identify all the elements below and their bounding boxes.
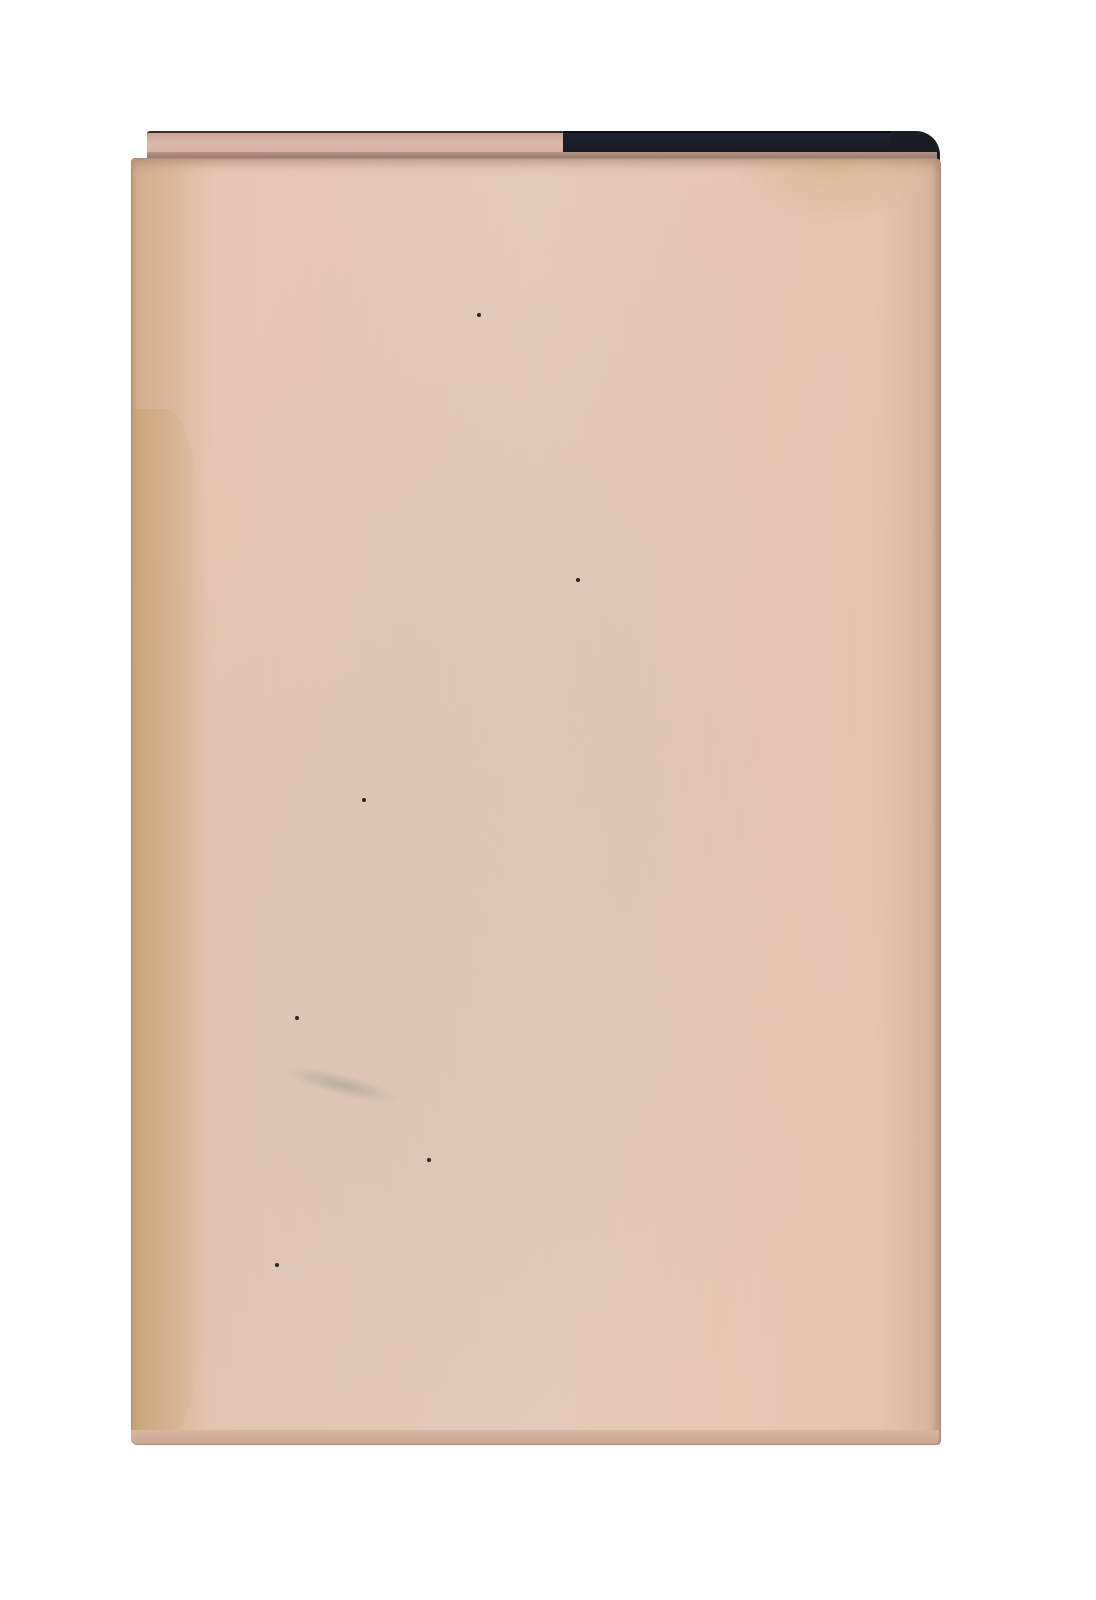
dirt-speck	[295, 1016, 299, 1020]
jacket-bottom-edge	[131, 1430, 939, 1444]
dirt-speck	[477, 313, 481, 317]
dirt-speck	[362, 798, 366, 802]
book-back-cover	[0, 0, 1096, 1600]
dirt-speck	[427, 1158, 431, 1162]
dirt-speck	[576, 578, 580, 582]
water-stain-top	[732, 159, 932, 229]
dust-jacket-back-panel	[131, 158, 941, 1445]
water-stain-left	[132, 409, 207, 1439]
ink-smudge	[281, 1060, 403, 1110]
dirt-speck	[275, 1263, 279, 1267]
